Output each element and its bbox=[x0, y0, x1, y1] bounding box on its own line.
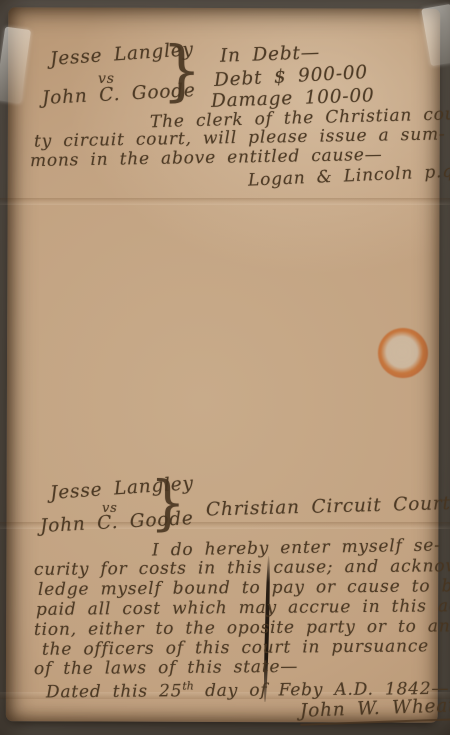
wax-stain bbox=[378, 328, 428, 378]
security-body-line: paid all cost which may accrue in this a… bbox=[36, 598, 450, 619]
fold-crease-upper bbox=[0, 198, 450, 205]
security-body-line: of the laws of this state— bbox=[34, 659, 298, 678]
date-line-pre: Dated this 25 bbox=[46, 681, 182, 702]
security-body-line: curity for costs in this cause; and ackn… bbox=[34, 558, 450, 579]
action-type-line: In Debt— bbox=[220, 44, 321, 66]
date-ordinal-suffix: th bbox=[182, 679, 194, 692]
caption-brace: } bbox=[150, 475, 186, 534]
caption-brace: } bbox=[162, 38, 201, 103]
scan-photo: { "document": { "top_section": { "captio… bbox=[0, 0, 450, 735]
security-body-line: the officers of this court in pursuance bbox=[42, 638, 429, 658]
security-body-line: ledge myself bound to pay or cause to be bbox=[38, 578, 450, 599]
